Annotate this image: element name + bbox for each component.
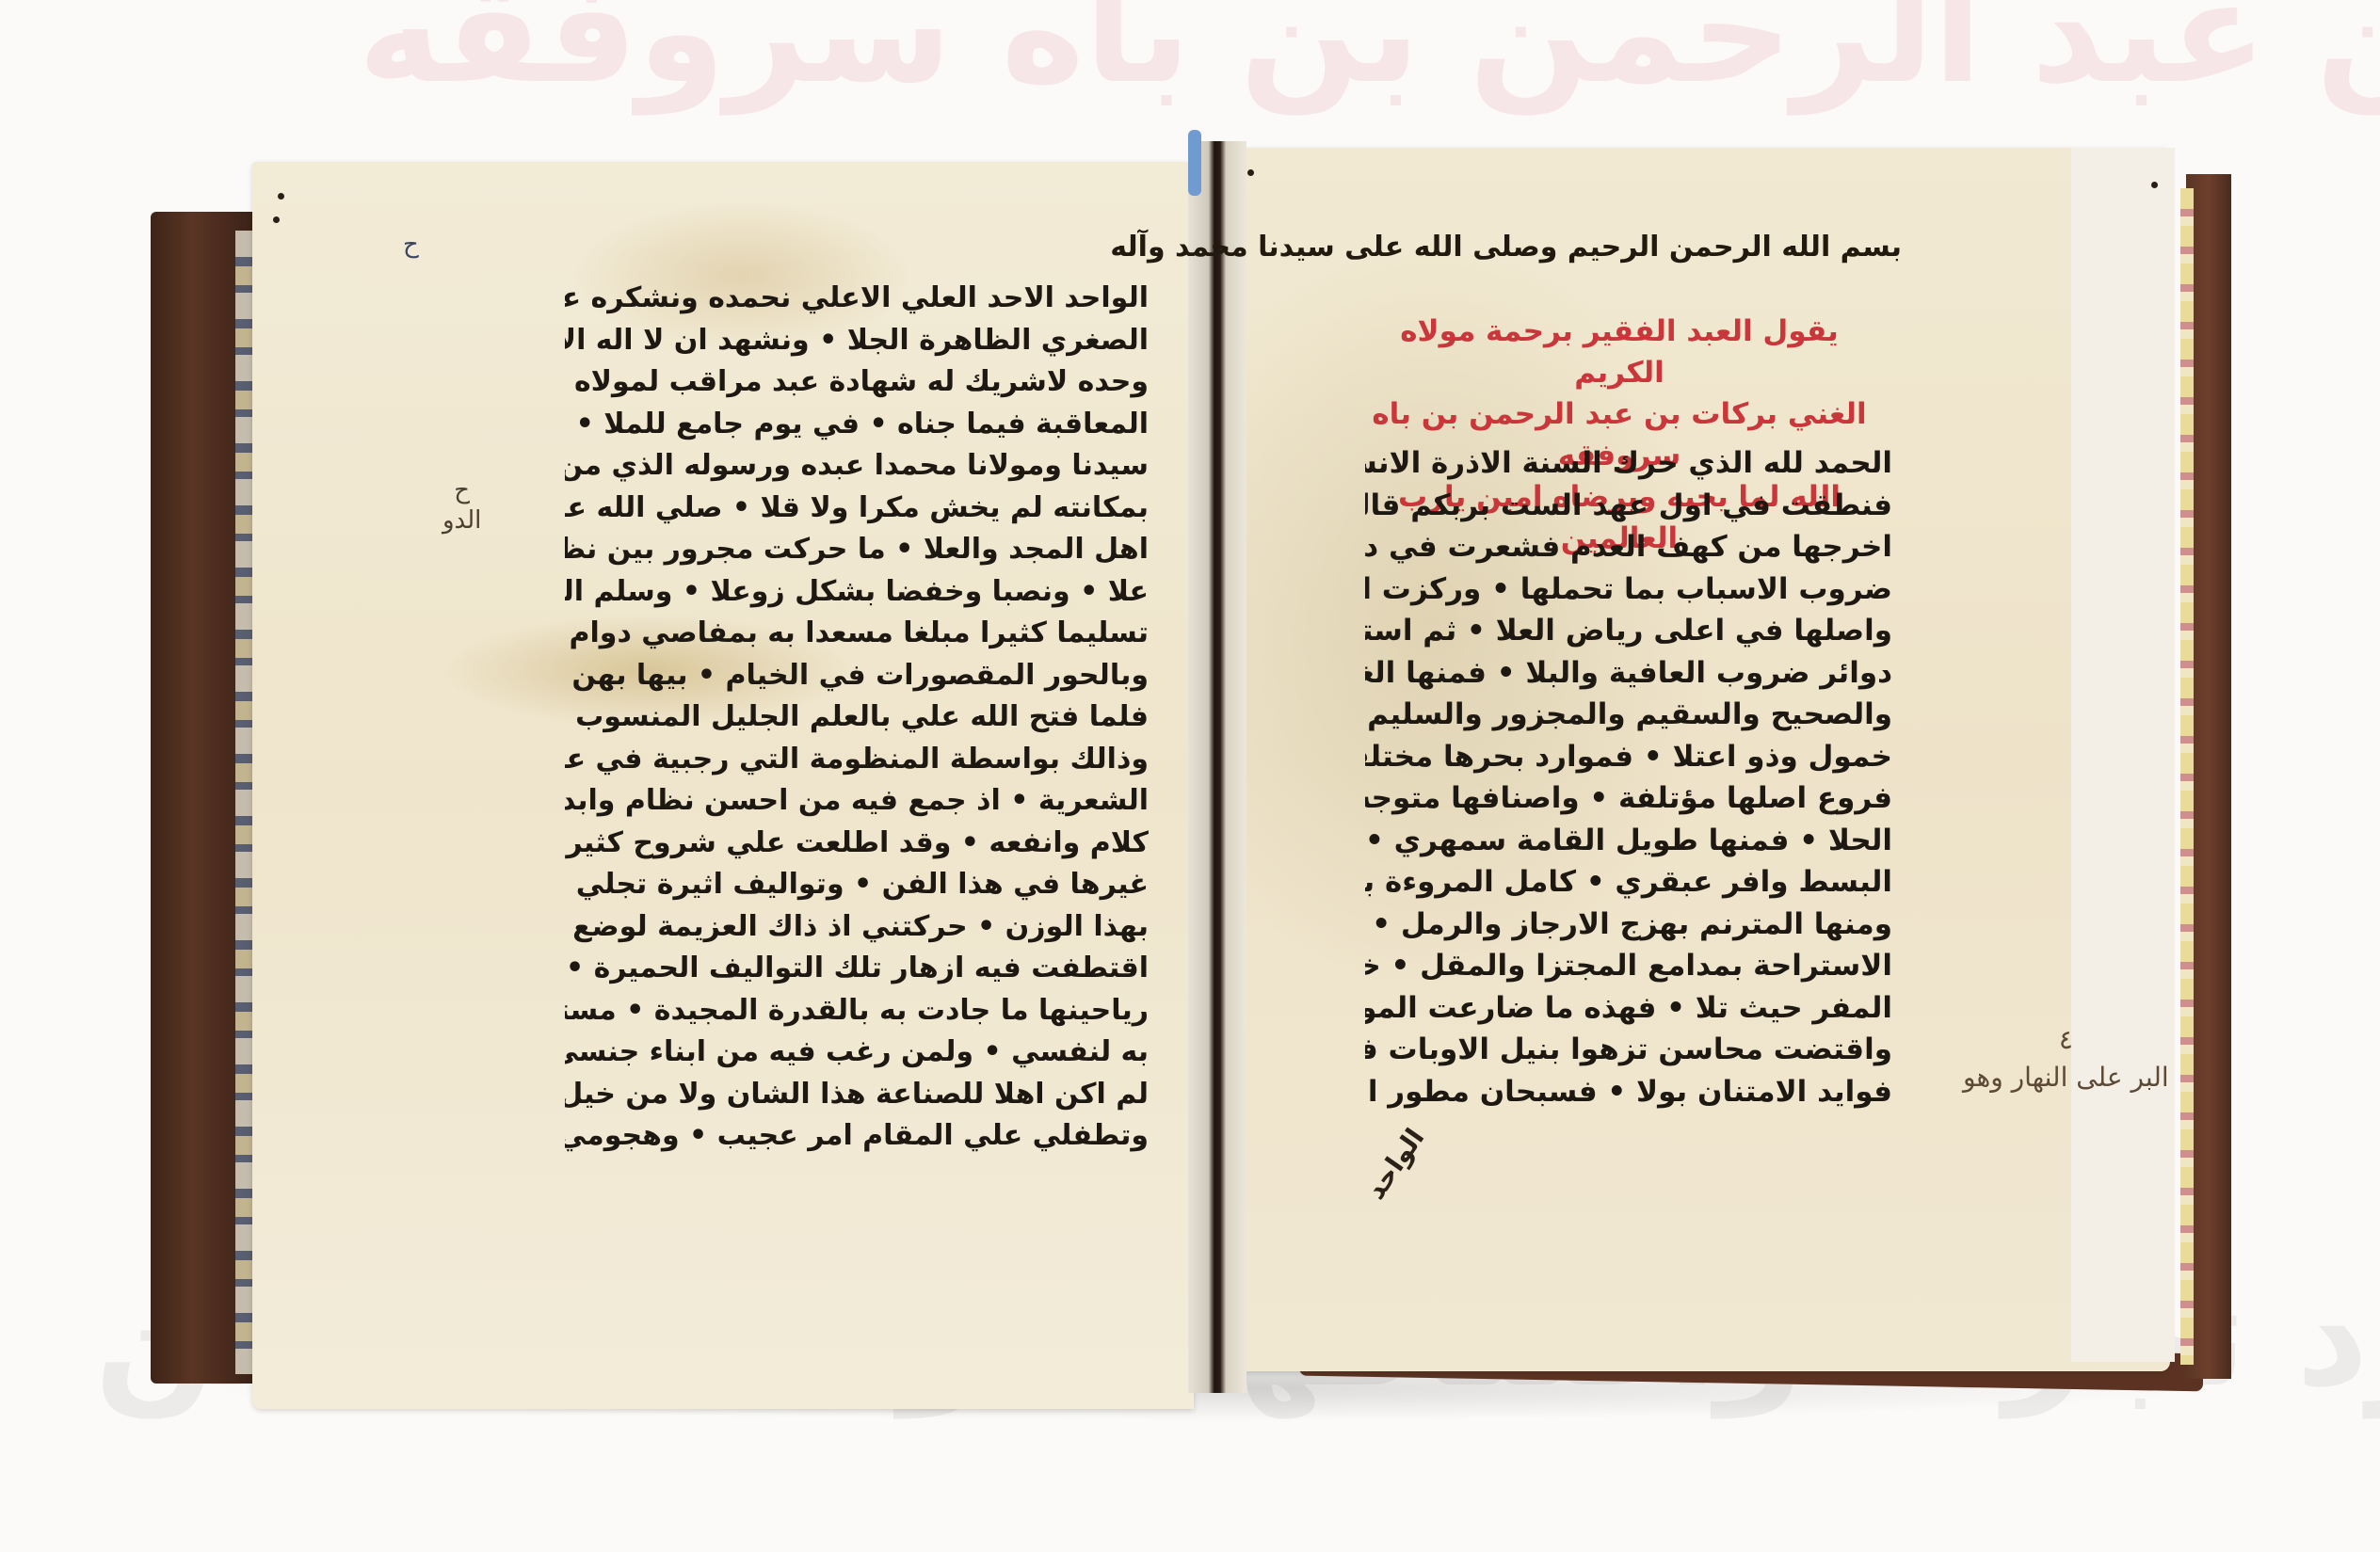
text-line: الحلا • فمنها طويل القامة سمهري • مديد	[1365, 820, 1892, 862]
text-line: الشعرية • اذ جمع فيه من احسن نظام وابدعه…	[565, 780, 1149, 823]
text-line: وحده لاشريك له شهادة عبد مراقب لمولاه • …	[565, 361, 1149, 404]
text-line: البسط وافر عبقري • كامل المروءة بين المل…	[1365, 861, 1892, 904]
paper-spot	[273, 216, 280, 223]
text-line: واقتضت محاسن تزهوا بنيل الاوبات فاربها ت…	[1365, 1029, 1892, 1071]
margin-note-text: البر على النهار وهو	[1963, 1059, 2169, 1096]
text-line: واصلها في اعلى رياض العلا • ثم استقامت ف…	[1365, 610, 1892, 652]
text-line: فروع اصلها مؤتلفة • واصنافها متوجة بمحاس…	[1365, 777, 1892, 820]
text-line: فنطقت في اول عهد الست بربكم قالوا بلي • …	[1365, 485, 1892, 527]
basmala: بسم الله الرحمن الرحيم وصلى الله على سيد…	[1375, 231, 1902, 264]
text-line: بمكانته لم يخش مكرا ولا قلا • صلي الله ع…	[565, 488, 1149, 530]
left-margin-note: ح الدو	[442, 475, 481, 536]
text-line: رياحينها ما جادت به بالقدرة المجيدة • مس…	[565, 990, 1149, 1032]
text-line: اقتطفت فيه ازهار تلك التواليف الحميرة • …	[565, 948, 1149, 990]
text-line: الاستراحة بمدامع المجتزا والمقل • خفيف	[1365, 945, 1892, 987]
left-page-text: الواحد الاحد العلي الاعلي نحمده ونشكره ع…	[565, 278, 1149, 1158]
watermark-top: يقول العبد الفقير برحمة مولاه بركات بن ع…	[358, 0, 2380, 104]
text-line: الحمد لله الذي حرك السنة الاذرة الانساني…	[1365, 442, 1892, 485]
folio-mark: ح	[403, 231, 419, 259]
right-page-repair-strip	[2071, 148, 2175, 1362]
text-line: فلما فتح الله علي بالعلم الجليل المنسوب …	[565, 696, 1149, 739]
right-page-text: الحمد لله الذي حرك السنة الاذرة الانساني…	[1365, 442, 1892, 1112]
text-line: ضروب الاسباب بما تحملها • وركزت اوتادها	[1365, 568, 1892, 611]
text-line: الواحد الاحد العلي الاعلي نحمده ونشكره ع…	[565, 278, 1149, 320]
margin-note-numeral: ٤	[1963, 1021, 2169, 1059]
text-line: علا • ونصبا وخفضا بشكل زوعلا • وسلم الله…	[565, 571, 1149, 614]
text-line: فوايد الامتنان بولا • فسبحان مطور الاطوا…	[1365, 1071, 1892, 1113]
paper-spot	[278, 193, 284, 200]
spine-gutter	[1188, 141, 1246, 1393]
text-line: المفر حيث تلا • فهذه ما ضارعت الموجودات	[1365, 987, 1892, 1030]
text-line: الصغري الظاهرة الجلا • ونشهد ان لا اله ا…	[565, 320, 1149, 362]
paper-spot	[1247, 169, 1254, 176]
right-margin-note: ٤ البر على النهار وهو	[1963, 1021, 2169, 1096]
text-line: غيرها في هذا الفن • وتواليف اثيرة تجلي ع…	[565, 864, 1149, 906]
text-line: وذالك بواسطة المنظومة التي رجبية في علم …	[565, 739, 1149, 781]
text-line: دوائر ضروب العافية والبلا • فمنها الغني …	[1365, 652, 1892, 695]
text-line: اخرجها من كهف العدم فشعرت في دوائر	[1365, 526, 1892, 568]
binding-thread	[1188, 130, 1201, 196]
margin-note-line: ح	[442, 475, 481, 505]
paper-spot	[2151, 182, 2158, 188]
text-line: ومنها المترنم بهزج الارجاز والرمل • سريع	[1365, 904, 1892, 946]
text-line: وتطفلي علي المقام امر عجيب • وهجومي عنده…	[565, 1115, 1149, 1158]
text-line: خمول وذو اعتلا • فموارد بحرها مختلفة واج…	[1365, 736, 1892, 778]
rubric-line: يقول العبد الفقير برحمة مولاه الكريم	[1356, 311, 1883, 393]
text-line: والصحيح والسقيم والمجزور والسليم والذي	[1365, 694, 1892, 736]
text-line: سيدنا ومولانا محمدا عبده ورسوله الذي من …	[565, 445, 1149, 488]
text-line: به لنفسي • ولمن رغب فيه من ابناء جنسي • …	[565, 1032, 1149, 1074]
text-line: اهل المجد والعلا • ما حركت مجرور بين نظا…	[565, 529, 1149, 571]
text-line: المعاقبة فيما جناه • في يوم جامع للملا •…	[565, 404, 1149, 446]
text-line: وبالحور المقصورات في الخيام • بيها بهن ف…	[565, 655, 1149, 697]
text-line: تسليما كثيرا مبلغا مسعدا به بمفاصي دوام …	[565, 613, 1149, 655]
margin-note-line: الدو	[442, 505, 481, 536]
right-endpaper	[2180, 188, 2194, 1365]
text-line-body: وبالحور المقصورات في الخيام • بيها بهن ف…	[565, 659, 1149, 692]
text-line: لم اكن اهلا للصناعة هذا الشان ولا من خيل…	[565, 1074, 1149, 1116]
text-line: بهذا الوزن • حركتني اذ ذاك العزيمة لوضع …	[565, 906, 1149, 949]
text-line: كلام وانفعه • وقد اطلعت علي شروح كثيرة ع…	[565, 823, 1149, 865]
